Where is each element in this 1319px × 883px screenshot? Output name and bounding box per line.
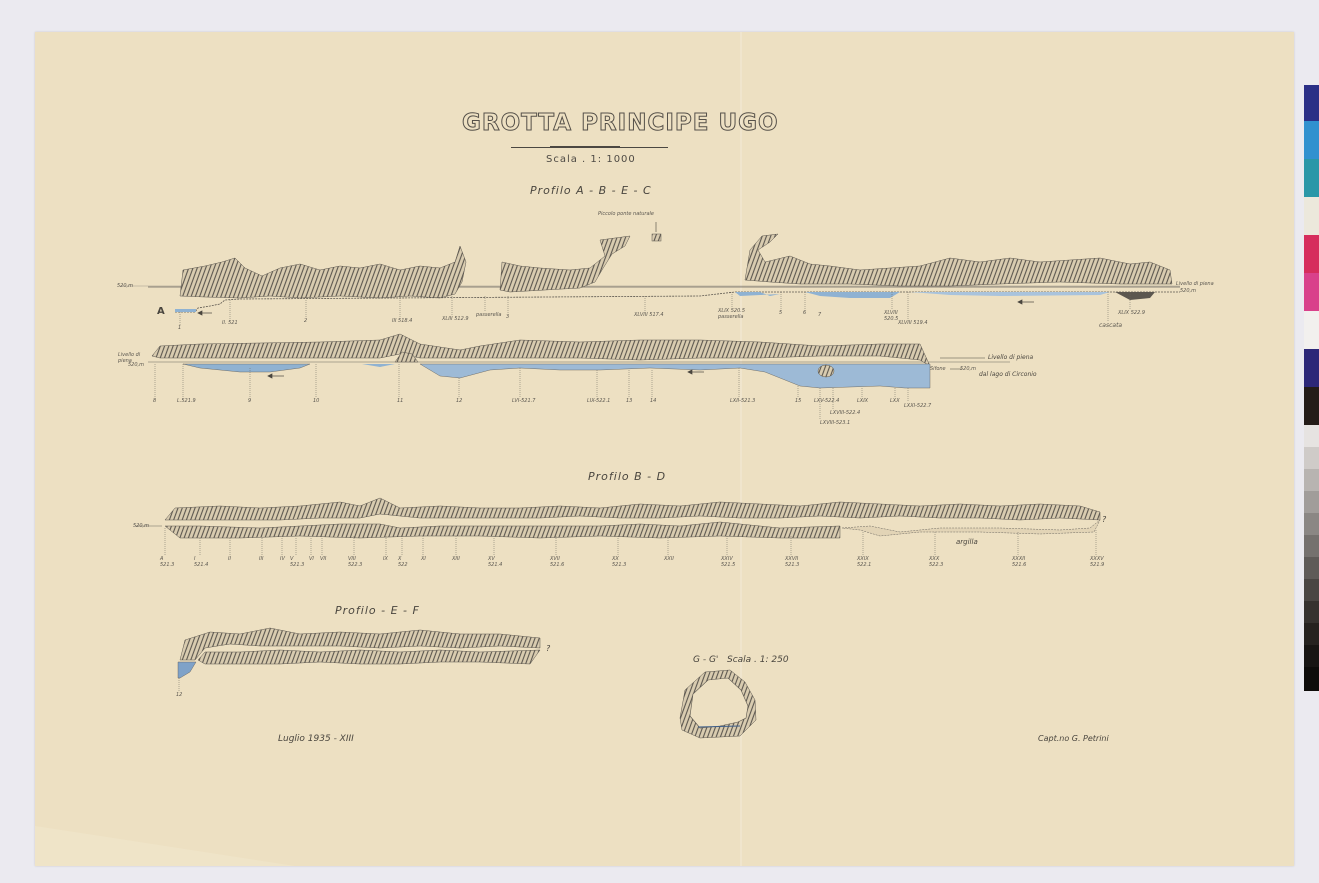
station-label: 11 xyxy=(397,398,403,404)
gray-patch xyxy=(1304,557,1319,579)
lower-elevation-label: 520,m xyxy=(128,362,144,368)
station-label: XLVIII 517.4 xyxy=(634,312,664,318)
station-label: 8 xyxy=(153,398,156,404)
station-label: IV xyxy=(280,556,285,562)
color-patch xyxy=(1304,85,1319,121)
cave-profiles-drawing xyxy=(0,0,1319,883)
station-label: 12 xyxy=(456,398,462,404)
station-label: XLIX 522.9 xyxy=(1118,310,1145,316)
station-label: VIII 522.3 xyxy=(348,556,362,568)
color-patch xyxy=(1304,159,1319,197)
station-label: XV 521.4 xyxy=(488,556,502,568)
station-label: 3 xyxy=(506,314,509,320)
station-label: I 521.4 xyxy=(194,556,206,568)
station-label: LVI-521.7 xyxy=(512,398,535,404)
waterfall-label: cascata xyxy=(1099,322,1122,329)
station-label: LXII-521.3 xyxy=(730,398,755,404)
profile-abec-lower xyxy=(148,334,1010,420)
station-label: 15 xyxy=(795,398,801,404)
station-label: VI xyxy=(309,556,314,562)
color-patch xyxy=(1304,349,1319,387)
station-label: XXVII 521.3 xyxy=(785,556,801,568)
section-gg-heading: G - G' xyxy=(693,655,718,665)
map-author: Capt.no G. Petrini xyxy=(1038,734,1109,743)
bd-elevation-label: 520,m xyxy=(133,523,149,529)
station-label: 5 xyxy=(779,310,782,316)
station-label: XXII xyxy=(664,556,674,562)
station-label: 10 xyxy=(313,398,319,404)
clay-label: argilla xyxy=(956,538,978,546)
ef-end-mark: ? xyxy=(546,644,550,653)
gray-patch xyxy=(1304,447,1319,469)
station-label: XI xyxy=(421,556,426,562)
ef-start-station: 12 xyxy=(176,692,182,698)
station-label: XIII xyxy=(452,556,460,562)
station-label: XX 521.3 xyxy=(612,556,626,568)
color-patch xyxy=(1304,311,1319,349)
station-label: II. 521 xyxy=(222,320,238,326)
station-label: 2 xyxy=(304,318,307,324)
bd-end-mark: ? xyxy=(1102,515,1106,524)
gray-patch xyxy=(1304,425,1319,447)
station-label: XLIII 512.9 xyxy=(442,316,469,322)
gray-patch xyxy=(1304,469,1319,491)
cross-section-gg xyxy=(680,670,756,738)
station-label: 14 xyxy=(650,398,656,404)
station-label: XXXV 521.9 xyxy=(1090,556,1106,568)
gray-patch xyxy=(1304,623,1319,645)
station-label: X 522 xyxy=(398,556,408,568)
color-patch xyxy=(1304,273,1319,311)
color-patch xyxy=(1304,387,1319,425)
station-label: II xyxy=(228,556,231,562)
station-label: LIX-522.1 xyxy=(587,398,610,404)
gray-patch xyxy=(1304,513,1319,535)
upper-right-elevation: 520,m xyxy=(1180,288,1196,294)
section-gg-scale: Scala . 1: 250 xyxy=(727,655,789,665)
color-patch xyxy=(1304,121,1319,159)
color-patch xyxy=(1304,197,1319,235)
profile-ef xyxy=(178,628,540,692)
map-date: Luglio 1935 - XIII xyxy=(278,734,354,744)
upper-elevation-label: 520,m xyxy=(117,283,133,289)
gray-patch xyxy=(1304,645,1319,667)
siphon-elevation: 520,m xyxy=(960,366,976,372)
station-label: L.521.9 xyxy=(177,398,196,404)
gray-patch xyxy=(1304,601,1319,623)
station-label: 13 xyxy=(626,398,632,404)
station-label: A 521.3 xyxy=(160,556,172,568)
station-label: III 518.4 xyxy=(392,318,412,324)
color-patch xyxy=(1304,235,1319,273)
station-label: LXXI-522.7 xyxy=(904,403,931,409)
station-label: 1 xyxy=(178,325,181,331)
station-label: VII xyxy=(320,556,326,562)
gray-patch xyxy=(1304,667,1319,691)
siphon-label: Sifone xyxy=(930,366,946,372)
station-label: IX xyxy=(383,556,388,562)
station-label: 9 xyxy=(248,398,251,404)
station-label: LXVIII-523.1 xyxy=(820,420,850,426)
profile-ef-heading: Profilo - E - F xyxy=(335,604,420,617)
station-label: LXIX xyxy=(857,398,868,404)
upper-flood-label: Livello di piena xyxy=(1176,281,1214,287)
station-label: XLIX 520.5 passerella xyxy=(718,308,758,320)
profile-abec-upper xyxy=(120,222,1180,325)
station-label: III xyxy=(259,556,263,562)
station-label: XLVIII 519.4 xyxy=(898,320,928,326)
station-label: XXIV 521.5 xyxy=(721,556,735,568)
station-label: V 521.3 xyxy=(290,556,302,568)
station-label: LXX xyxy=(890,398,900,404)
gray-patch xyxy=(1304,491,1319,513)
source-note: dal lago di Circonio xyxy=(979,371,1037,378)
station-label: XXIX 522.1 xyxy=(857,556,873,568)
gray-patch xyxy=(1304,579,1319,601)
station-label: passerella xyxy=(476,312,502,318)
station-label: XXXII 521.6 xyxy=(1012,556,1028,568)
station-label: XVII 521.6 xyxy=(550,556,564,568)
station-label: XXX 522.3 xyxy=(929,556,943,568)
color-calibration-target xyxy=(1304,85,1319,719)
gray-patch xyxy=(1304,535,1319,557)
lower-flood-label-right: Livello di piena xyxy=(988,354,1033,361)
station-label: LXV-522.4 xyxy=(814,398,839,404)
point-a-label: A xyxy=(157,306,165,317)
station-label: LXVIII-522.4 xyxy=(830,410,860,416)
profile-bd xyxy=(135,498,1100,556)
station-label: 6 xyxy=(803,310,806,316)
profile-bd-heading: Profilo B - D xyxy=(588,470,666,483)
station-label: 7 xyxy=(818,312,821,318)
